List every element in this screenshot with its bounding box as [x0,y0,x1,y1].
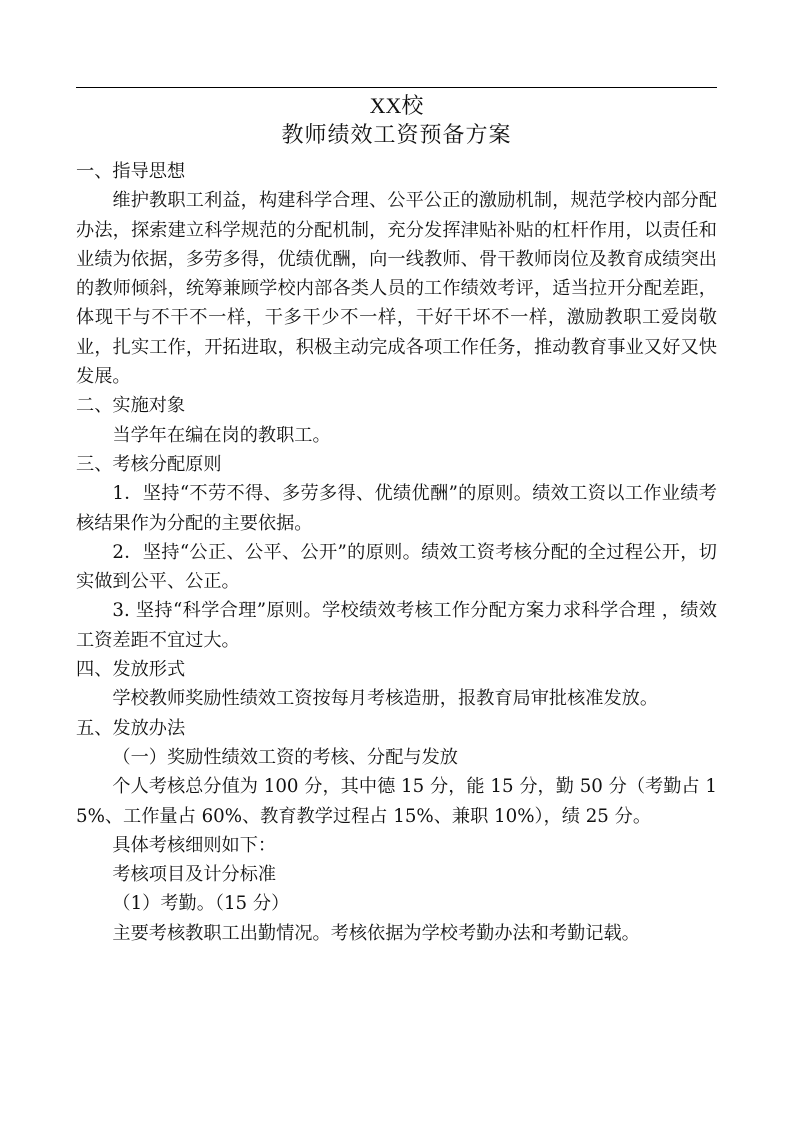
paragraph-score-breakdown: 个人考核总分值为 100 分，其中德 15 分，能 15 分，勤 50 分（考勤… [76,772,717,831]
paragraph-principle-1: 1．坚持“不劳不得、多劳多得、优绩优酬”的原则。绩效工资以工作业绩考核结果作为分… [76,479,717,538]
paragraph-principle-2: 2．坚持“公正、公平、公开”的原则。绩效工资考核分配的全过程公开，切实做到公平、… [76,538,717,597]
paragraph-attendance-basis: 主要考核教职工出勤情况。考核依据为学校考勤办法和考勤记载。 [76,919,717,948]
paragraph-guiding-ideology: 维护教职工利益，构建科学合理、公平公正的激励机制，规范学校内部分配办法，探索建立… [76,186,717,391]
paragraph-items-standards: 考核项目及计分标准 [76,860,717,889]
document-title-school: XX校 [76,92,717,121]
section-heading-payment-form: 四、发放形式 [76,655,717,684]
paragraph-payment-form: 学校教师奖励性绩效工资按每月考核造册，报教育局审批核准发放。 [76,684,717,713]
paragraph-rules-intro: 具体考核细则如下： [76,831,717,860]
section-heading-guiding-ideology: 一、指导思想 [76,157,717,186]
paragraph-principle-3: 3. 坚持“科学合理”原则。学校绩效考核工作分配方案力求科学合理 ，绩效工资差距… [76,596,717,655]
paragraph-target: 当学年在编在岗的教职工。 [76,421,717,450]
document-title: 教师绩效工资预备方案 [76,121,717,157]
section-heading-target: 二、实施对象 [76,391,717,420]
subheading-incentive-pay: （一）奖励性绩效工资的考核、分配与发放 [76,743,717,772]
header-rule [76,87,717,88]
section-heading-payment-method: 五、发放办法 [76,714,717,743]
document-page: XX校 教师绩效工资预备方案 一、指导思想 维护教职工利益，构建科学合理、公平公… [0,0,793,1122]
document-body: XX校 教师绩效工资预备方案 一、指导思想 维护教职工利益，构建科学合理、公平公… [76,92,717,948]
section-heading-principles: 三、考核分配原则 [76,450,717,479]
paragraph-attendance-item: （1）考勤。（15 分） [76,889,717,918]
